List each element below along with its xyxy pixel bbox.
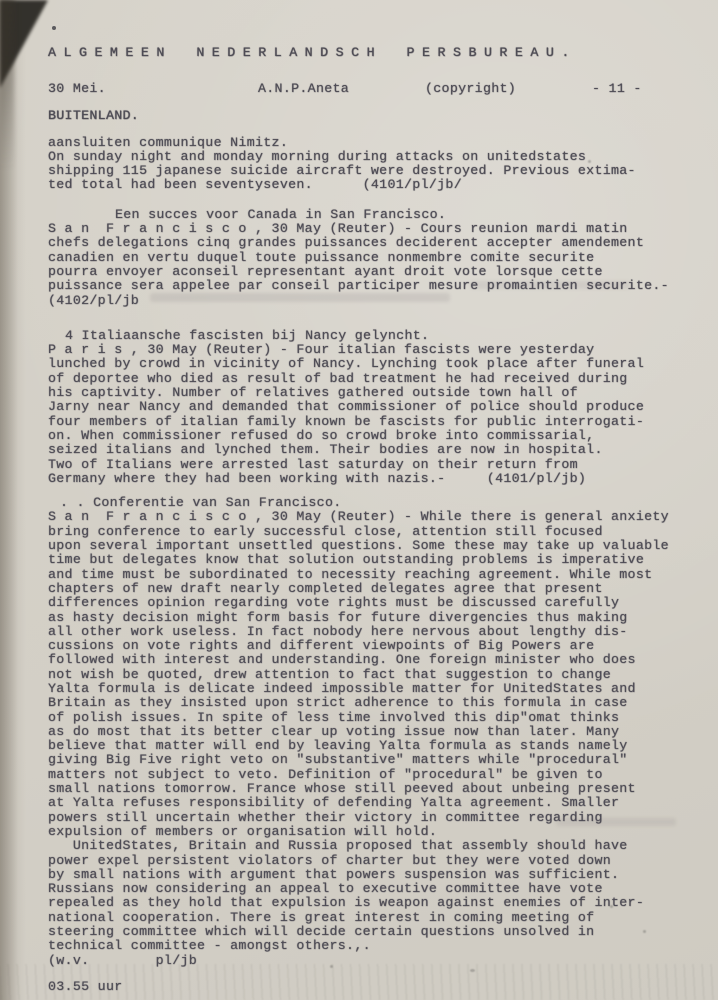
article-nimitz-communique: aansluiten communique Nimitz. On sunday … [48, 136, 700, 193]
dateline-page-number: - 11 - [592, 82, 642, 96]
article-body: S a n F r a n c i s c o , 30 May (Reuter… [48, 222, 700, 308]
left-edge-shadow-top [0, 0, 14, 170]
article-san-francisco-conference: . . Conferentie van San Francisco. S a n… [48, 496, 700, 954]
article-heading: . . Conferentie van San Francisco. [48, 496, 700, 510]
dateline-row: 30 Mei. A.N.P.Aneta (copyright) - 11 - [48, 82, 700, 97]
article-heading: aansluiten communique Nimitz. [48, 136, 700, 150]
dateline-date: 30 Mei. [48, 82, 106, 96]
masthead-title: ALGEMEEN NEDERLANDSCH PERSBUREAU. [48, 46, 700, 60]
article-nancy-lynching: 4 Italiaansche fascisten bij Nancy gelyn… [48, 329, 700, 486]
time-stamp: 03.55 uur [48, 980, 700, 994]
article-canada-san-francisco: Een succes voor Canada in San Francisco.… [48, 208, 700, 308]
article-body: P a r i s , 30 May (Reuter) - Four itali… [48, 343, 700, 486]
dateline-agency: A.N.P.Aneta [258, 82, 349, 96]
typewritten-content: ALGEMEEN NEDERLANDSCH PERSBUREAU. 30 Mei… [48, 46, 700, 994]
stray-ink-dot [52, 26, 56, 30]
article-body: S a n F r a n c i s c o , 30 May (Reuter… [48, 510, 700, 953]
document-page: ALGEMEEN NEDERLANDSCH PERSBUREAU. 30 Mei… [0, 0, 718, 1000]
article-heading: 4 Italiaansche fascisten bij Nancy gelyn… [48, 329, 700, 343]
section-label: BUITENLAND. [48, 109, 700, 123]
article-body: On sunday night and monday morning durin… [48, 150, 700, 193]
article-heading: Een succes voor Canada in San Francisco. [48, 208, 700, 222]
dateline-copyright: (copyright) [425, 82, 516, 96]
closing-credit: (w.v. pl/jb [48, 954, 700, 968]
